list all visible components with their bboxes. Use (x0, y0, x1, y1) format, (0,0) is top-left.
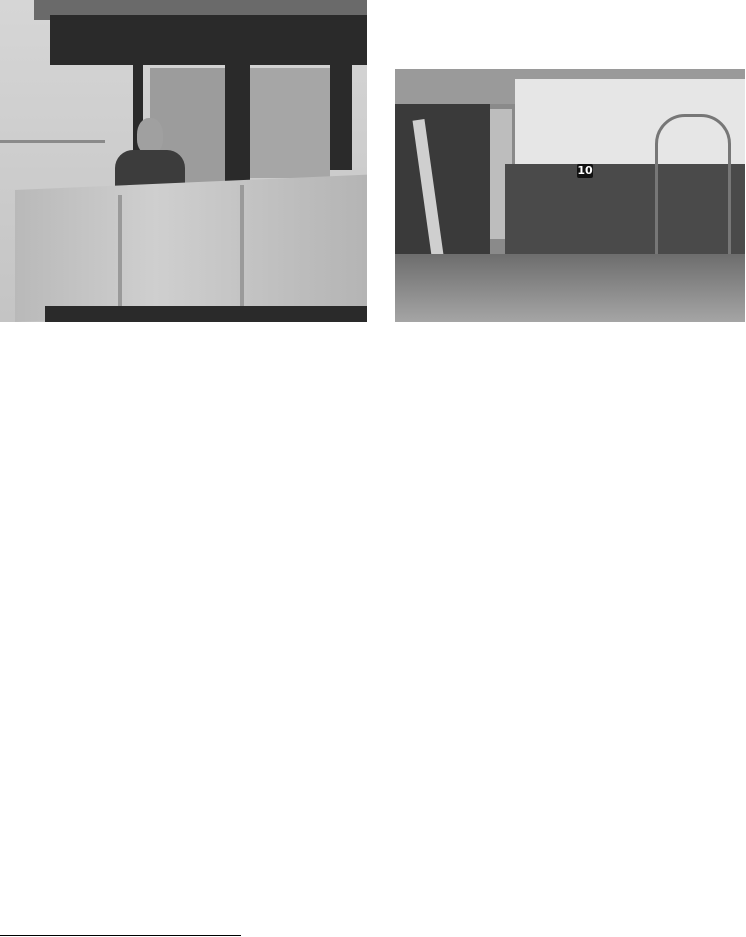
parapet-seam (118, 195, 122, 322)
door-panel (250, 68, 330, 178)
masked-head (137, 118, 163, 154)
lower-balcony-shadow (45, 306, 367, 322)
ash-floor (395, 254, 745, 322)
door-frame (225, 65, 250, 183)
photo-masked-man-balcony (0, 0, 367, 322)
balcony-parapet (15, 175, 367, 322)
right-pillar (330, 60, 352, 170)
parapet-seam (240, 185, 244, 322)
photo-burned-wreckage (395, 69, 745, 322)
wall-ledge (0, 140, 105, 143)
evidence-marker: 10 (577, 164, 593, 178)
upper-balcony-shadow (50, 15, 367, 65)
burned-seat-frame (655, 114, 731, 260)
footnote-separator (0, 935, 241, 936)
